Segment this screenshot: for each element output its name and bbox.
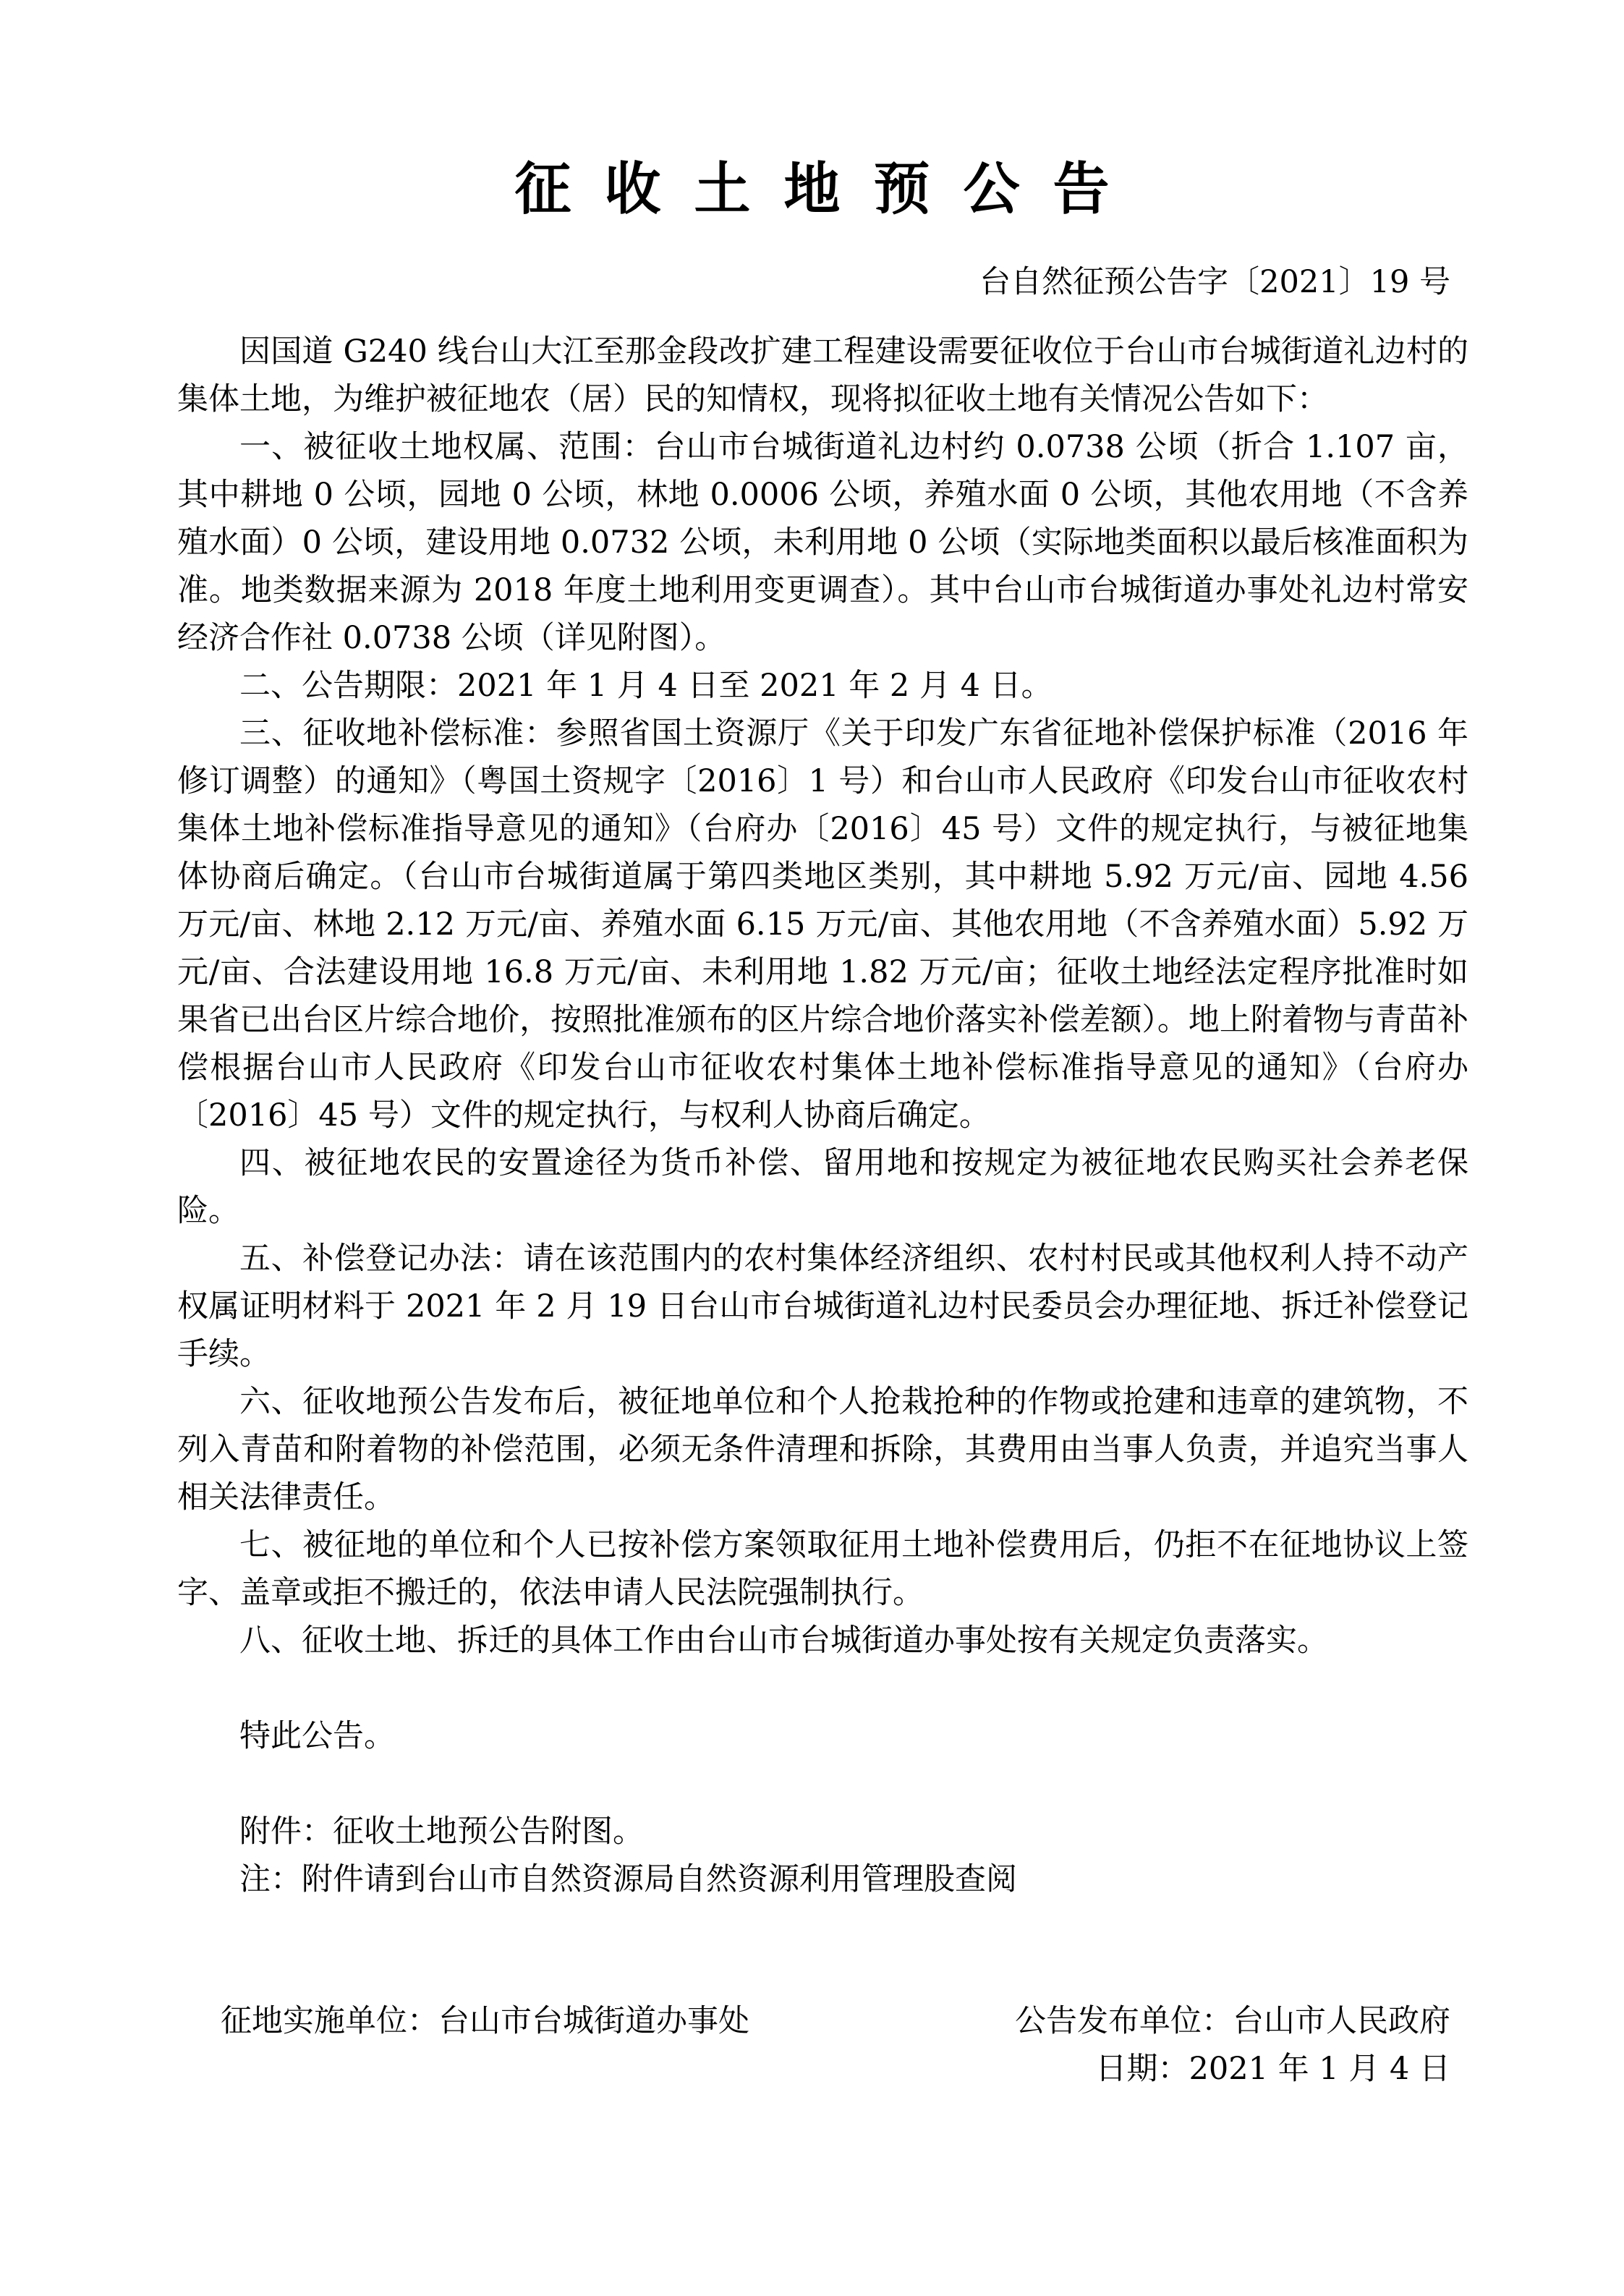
- item-4-paragraph: 四、被征地农民的安置途径为货币补偿、留用地和按规定为被征地农民购买社会养老保险。: [177, 1139, 1468, 1235]
- item-2-paragraph: 二、公告期限：2021 年 1 月 4 日至 2021 年 2 月 4 日。: [177, 662, 1468, 710]
- document-page: 征收土地预公告 台自然征预公告字〔2021〕19 号 因国道 G240 线台山大…: [0, 0, 1624, 2296]
- item-7-paragraph: 七、被征地的单位和个人已按补偿方案领取征用土地补偿费用后，仍拒不在征地协议上签字…: [177, 1521, 1468, 1617]
- implementing-unit: 征地实施单位：台山市台城街道办事处: [221, 1997, 749, 2045]
- issuing-unit: 公告发布单位：台山市人民政府: [1015, 1997, 1450, 2045]
- attachment-line: 附件：征收土地预公告附图。: [177, 1808, 1468, 1855]
- document-body: 因国道 G240 线台山大江至那金段改扩建工程建设需要征收位于台山市台城街道礼边…: [177, 328, 1468, 1664]
- item-6-paragraph: 六、征收地预公告发布后，被征地单位和个人抢栽抢种的作物或抢建和违章的建筑物，不列…: [177, 1378, 1468, 1521]
- document-title: 征收土地预公告: [0, 0, 1624, 224]
- closing-statement: 特此公告。: [177, 1712, 1468, 1760]
- item-1-paragraph: 一、被征收土地权属、范围：台山市台城街道礼边村约 0.0738 公顷（折合 1.…: [177, 423, 1468, 662]
- note-line: 注：附件请到台山市自然资源局自然资源利用管理股查阅: [177, 1855, 1468, 1903]
- item-5-paragraph: 五、补偿登记办法：请在该范围内的农村集体经济组织、农村村民或其他权利人持不动产权…: [177, 1235, 1468, 1378]
- date-line: 日期：2021 年 1 月 4 日: [0, 2045, 1450, 2093]
- signature-row: 征地实施单位：台山市台城街道办事处 公告发布单位：台山市人民政府: [221, 1997, 1450, 2045]
- item-3-paragraph: 三、征收地补偿标准：参照省国土资源厅《关于印发广东省征地补偿保护标准（2016 …: [177, 710, 1468, 1139]
- doc-number: 台自然征预公告字〔2021〕19 号: [0, 258, 1450, 306]
- item-8-paragraph: 八、征收土地、拆迁的具体工作由台山市台城街道办事处按有关规定负责落实。: [177, 1617, 1468, 1664]
- intro-paragraph: 因国道 G240 线台山大江至那金段改扩建工程建设需要征收位于台山市台城街道礼边…: [177, 328, 1468, 423]
